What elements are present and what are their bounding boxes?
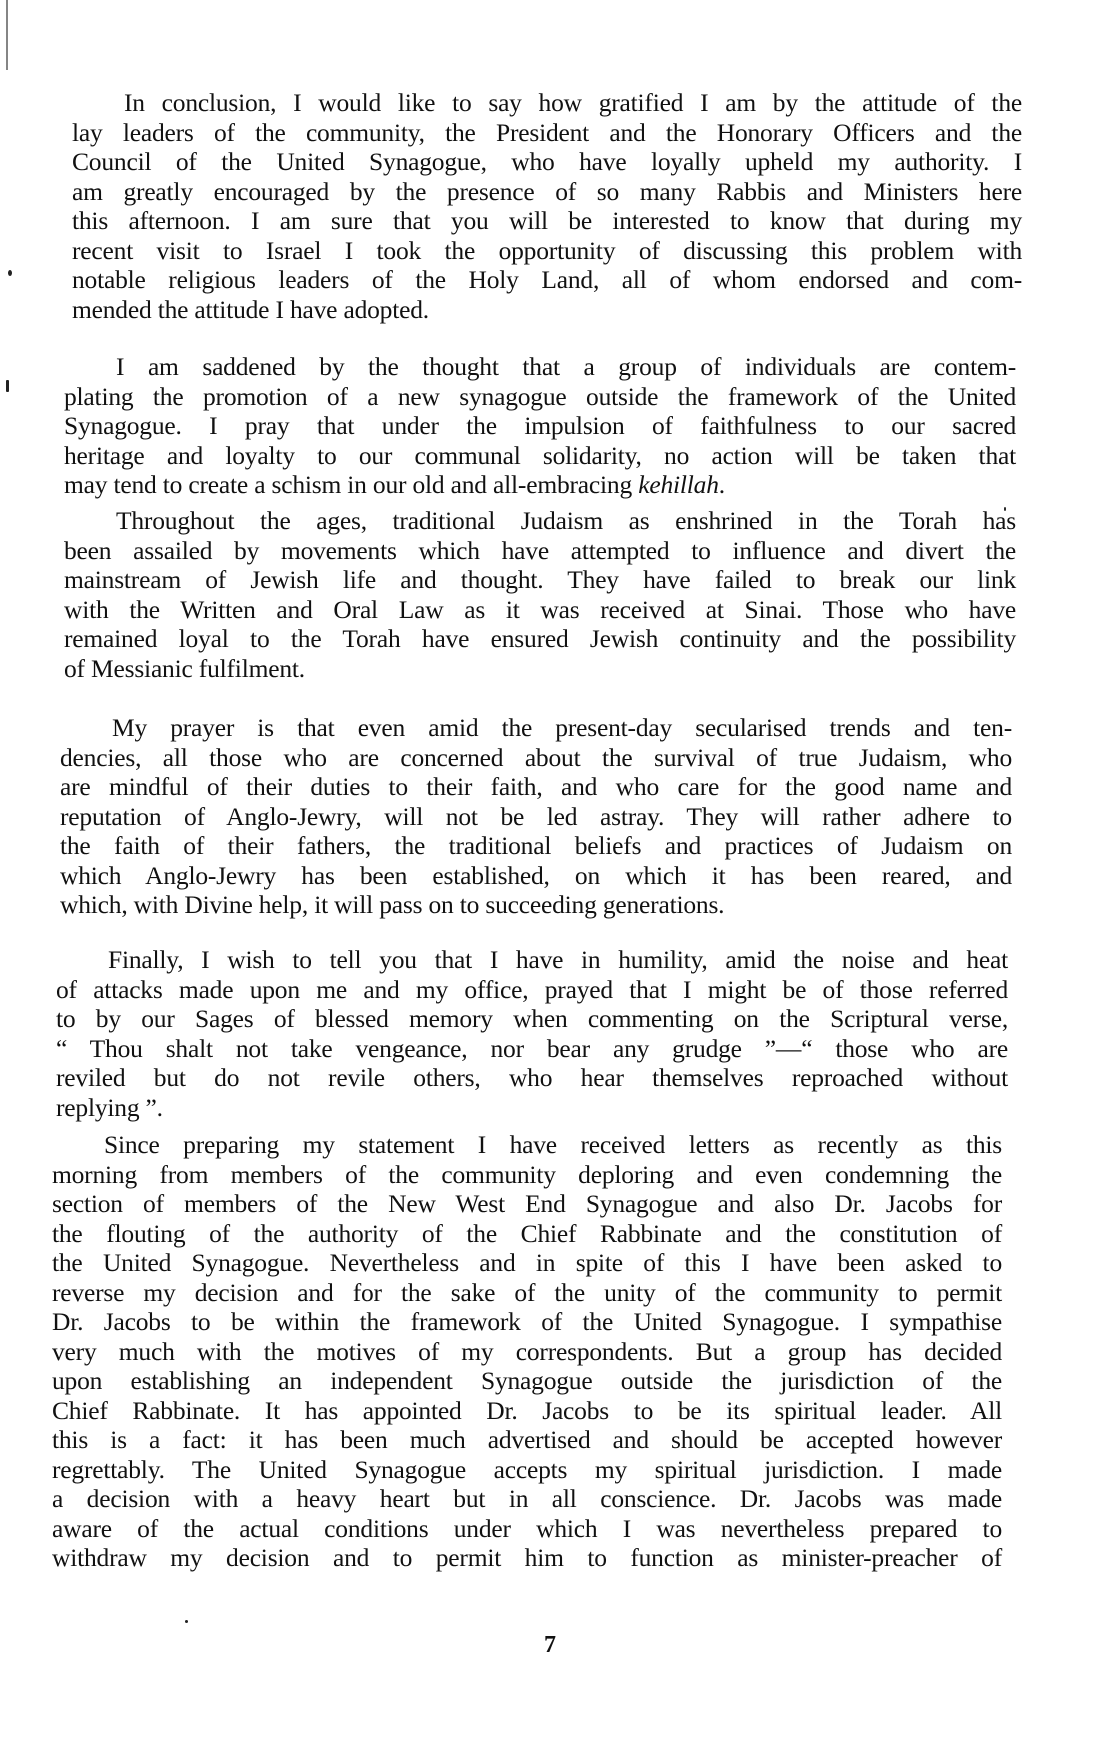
paragraph-text: In conclusion, I would like to say how g… bbox=[72, 88, 1022, 324]
text-line: heritage and loyalty to our communal sol… bbox=[64, 441, 1016, 471]
text-line: the flouting of the authority of the Chi… bbox=[52, 1219, 1002, 1249]
paragraph-my-prayer: My prayer is that even amid the present-… bbox=[60, 713, 1012, 920]
scan-edge-mark bbox=[6, 0, 8, 70]
paragraph-text: Throughout the ages, traditional Judaism… bbox=[64, 506, 1016, 683]
text-line: which, with Divine help, it will pass on… bbox=[60, 890, 1012, 920]
text-line: replying ”. bbox=[56, 1093, 1008, 1123]
text-line: mainstream of Jewish life and thought. T… bbox=[64, 565, 1016, 595]
scan-speck bbox=[6, 380, 9, 392]
text-line: which Anglo-Jewry has been established, … bbox=[60, 861, 1012, 891]
text-line: plating the promotion of a new synagogue… bbox=[64, 382, 1016, 412]
text-line: of Messianic fulfilment. bbox=[64, 654, 1016, 684]
text-line: Synagogue. I pray that under the impulsi… bbox=[64, 411, 1016, 441]
text-line: morning from members of the community de… bbox=[52, 1160, 1002, 1190]
text-line: In conclusion, I would like to say how g… bbox=[72, 88, 1022, 118]
text-line: I am saddened by the thought that a grou… bbox=[64, 352, 1016, 382]
text-line: with the Written and Oral Law as it was … bbox=[64, 595, 1016, 625]
text-line: remained loyal to the Torah have ensured… bbox=[64, 624, 1016, 654]
text-line: am greatly encouraged by the presence of… bbox=[72, 177, 1022, 207]
text-line: been assailed by movements which have at… bbox=[64, 536, 1016, 566]
text-line: the faith of their fathers, the traditio… bbox=[60, 831, 1012, 861]
text-line: Chief Rabbinate. It has appointed Dr. Ja… bbox=[52, 1396, 1002, 1426]
paragraph-conclusion: In conclusion, I would like to say how g… bbox=[72, 88, 1022, 324]
text-line: are mindful of their duties to their fai… bbox=[60, 772, 1012, 802]
text-line: this is a fact: it has been much adverti… bbox=[52, 1425, 1002, 1455]
text-line: the United Synagogue. Nevertheless and i… bbox=[52, 1248, 1002, 1278]
text-line: Dr. Jacobs to be within the framework of… bbox=[52, 1307, 1002, 1337]
scan-speck bbox=[185, 1620, 188, 1623]
text-line: to by our Sages of blessed memory when c… bbox=[56, 1004, 1008, 1034]
text-line: Finally, I wish to tell you that I have … bbox=[56, 945, 1008, 975]
text-line: reputation of Anglo-Jewry, will not be l… bbox=[60, 802, 1012, 832]
text-line: very much with the motives of my corresp… bbox=[52, 1337, 1002, 1367]
paragraph-finally: Finally, I wish to tell you that I have … bbox=[56, 945, 1008, 1122]
text-line: a decision with a heavy heart but in all… bbox=[52, 1484, 1002, 1514]
text-line: My prayer is that even amid the present-… bbox=[60, 713, 1012, 743]
text-line: section of members of the New West End S… bbox=[52, 1189, 1002, 1219]
text-line: withdraw my decision and to permit him t… bbox=[52, 1543, 1002, 1573]
page-number: 7 bbox=[0, 1632, 1100, 1659]
text-line: dencies, all those who are concerned abo… bbox=[60, 743, 1012, 773]
italic-term: kehillah bbox=[638, 470, 719, 499]
text-line: upon establishing an independent Synagog… bbox=[52, 1366, 1002, 1396]
text-line: may tend to create a schism in our old a… bbox=[64, 470, 1016, 500]
text-line: “ Thou shalt not take vengeance, nor bea… bbox=[56, 1034, 1008, 1064]
paragraph-since-preparing: Since preparing my statement I have rece… bbox=[52, 1130, 1002, 1573]
paragraph-text: Since preparing my statement I have rece… bbox=[52, 1130, 1002, 1573]
text-line: Council of the United Synagogue, who hav… bbox=[72, 147, 1022, 177]
text-line: mended the attitude I have adopted. bbox=[72, 295, 1022, 325]
text-line: Since preparing my statement I have rece… bbox=[52, 1130, 1002, 1160]
paragraph-saddened: I am saddened by the thought that a grou… bbox=[64, 352, 1016, 500]
text-line: Throughout the ages, traditional Judaism… bbox=[64, 506, 1016, 536]
paragraph-text: Finally, I wish to tell you that I have … bbox=[56, 945, 1008, 1122]
paragraph-throughout-the-ages: Throughout the ages, traditional Judaism… bbox=[64, 506, 1016, 683]
text-line: reviled but do not revile others, who he… bbox=[56, 1063, 1008, 1093]
text-line: aware of the actual conditions under whi… bbox=[52, 1514, 1002, 1544]
text-line: recent visit to Israel I took the opport… bbox=[72, 236, 1022, 266]
scan-speck bbox=[8, 270, 12, 276]
text-line: this afternoon. I am sure that you will … bbox=[72, 206, 1022, 236]
paragraph-text: I am saddened by the thought that a grou… bbox=[64, 352, 1016, 500]
paragraph-text: My prayer is that even amid the present-… bbox=[60, 713, 1012, 920]
text-line: lay leaders of the community, the Presid… bbox=[72, 118, 1022, 148]
scanned-page: In conclusion, I would like to say how g… bbox=[0, 0, 1100, 1746]
text-line: reverse my decision and for the sake of … bbox=[52, 1278, 1002, 1308]
text-line: regrettably. The United Synagogue accept… bbox=[52, 1455, 1002, 1485]
text-line: notable religious leaders of the Holy La… bbox=[72, 265, 1022, 295]
text-line: of attacks made upon me and my office, p… bbox=[56, 975, 1008, 1005]
